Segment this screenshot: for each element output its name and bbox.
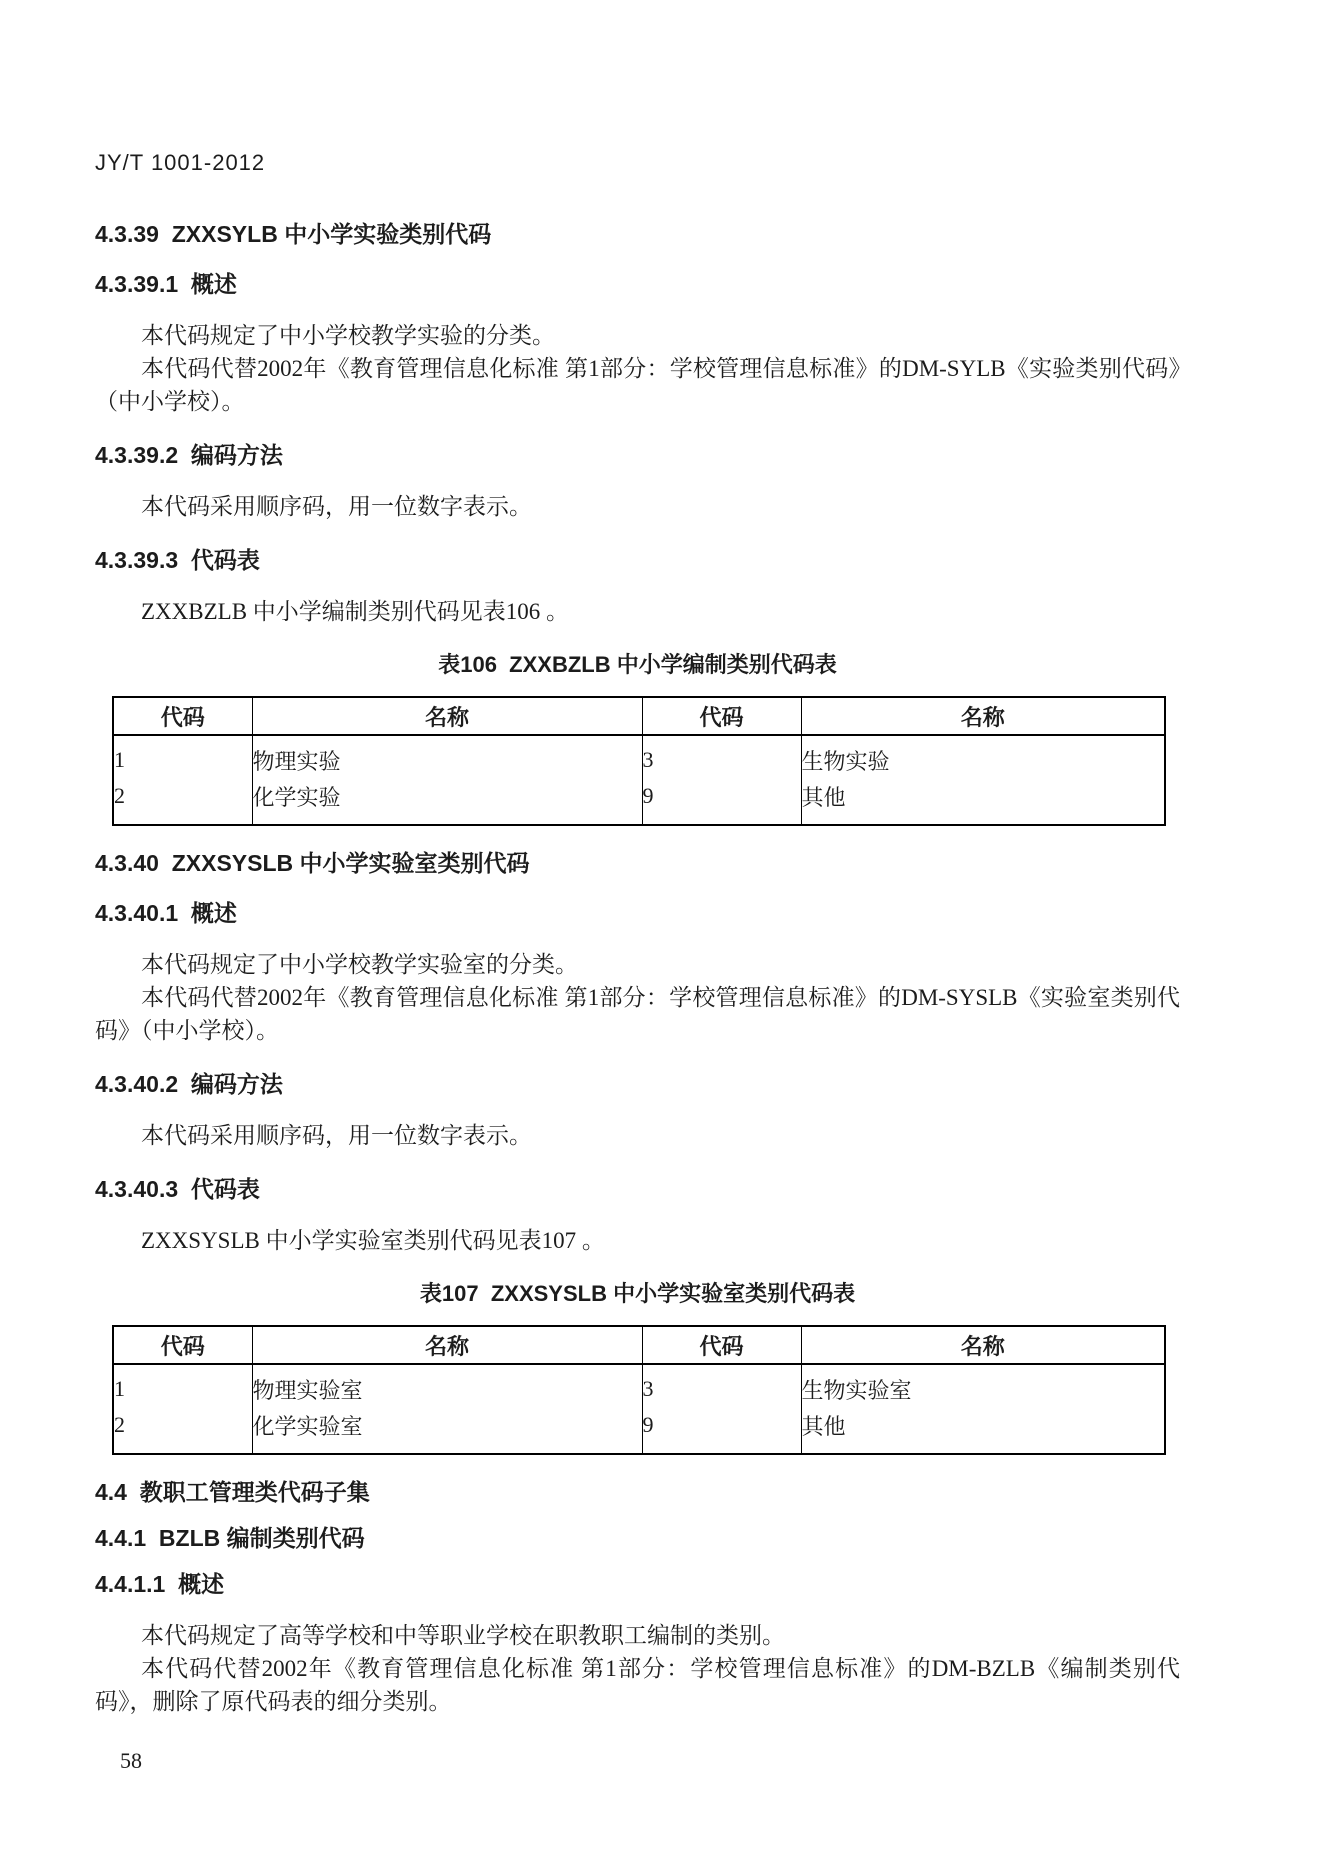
overview-paragraphs-4-3-39: 本代码规定了中小学校教学实验的分类。 本代码代替2002年《教育管理信息化标准 …	[95, 319, 1180, 418]
table-cell-code: 3	[642, 735, 801, 778]
table-header-cell: 名称	[801, 1326, 1165, 1364]
subsection-heading-4-4-1-1: 4.4.1.1 概述	[95, 1571, 1180, 1597]
table-cell-name: 生物实验	[801, 735, 1165, 778]
table-cell-name: 化学实验室	[252, 1407, 642, 1454]
table-cell-name: 其他	[801, 1407, 1165, 1454]
table-cell-code: 9	[642, 778, 801, 825]
replacement-paragraph: 本代码代替2002年《教育管理信息化标准 第1部分：学校管理信息标准》的DM-S…	[95, 352, 1180, 418]
table-header-cell: 名称	[252, 1326, 642, 1364]
coding-method-paragraphs-4-3-40: 本代码采用顺序码，用一位数字表示。	[95, 1119, 1180, 1152]
table-cell-name: 化学实验	[252, 778, 642, 825]
coding-method-paragraph: 本代码采用顺序码，用一位数字表示。	[95, 1119, 1180, 1152]
table-header-cell: 代码	[113, 697, 252, 735]
table-header-cell: 代码	[642, 697, 801, 735]
subsection-heading-4-3-39-2: 4.3.39.2 编码方法	[95, 442, 1180, 468]
table-header-cell: 代码	[642, 1326, 801, 1364]
table-row: 2 化学实验 9 其他	[113, 778, 1165, 825]
table-row: 1 物理实验 3 生物实验	[113, 735, 1165, 778]
code-table-107: 代码 名称 代码 名称 1 物理实验室 3 生物实验室 2 化学实验室 9 其他	[112, 1325, 1166, 1455]
table-header-row: 代码 名称 代码 名称	[113, 1326, 1165, 1364]
replacement-paragraph: 本代码代替2002年《教育管理信息化标准 第1部分：学校管理信息标准》的DM-B…	[95, 1652, 1180, 1718]
table-caption-107: 表107 ZXXSYSLB 中小学实验室类别代码表	[95, 1281, 1180, 1307]
table-cell-code: 3	[642, 1364, 801, 1407]
standard-number: JY/T 1001-2012	[95, 150, 1180, 176]
subsection-heading-4-3-40-2: 4.3.40.2 编码方法	[95, 1071, 1180, 1097]
code-table-ref-paragraph: ZXXSYSLB 中小学实验室类别代码见表107 。	[95, 1224, 1180, 1257]
table-header-cell: 名称	[252, 697, 642, 735]
overview-paragraph: 本代码规定了中小学校教学实验的分类。	[95, 319, 1180, 352]
subsection-heading-4-3-40-1: 4.3.40.1 概述	[95, 900, 1180, 926]
table-cell-name: 物理实验室	[252, 1364, 642, 1407]
table-header-row: 代码 名称 代码 名称	[113, 697, 1165, 735]
coding-method-paragraph: 本代码采用顺序码，用一位数字表示。	[95, 490, 1180, 523]
page-number: 58	[120, 1748, 1180, 1774]
overview-paragraph: 本代码规定了高等学校和中等职业学校在职教职工编制的类别。	[95, 1619, 1180, 1652]
code-table-106: 代码 名称 代码 名称 1 物理实验 3 生物实验 2 化学实验 9 其他	[112, 696, 1166, 826]
overview-paragraphs-4-3-40: 本代码规定了中小学校教学实验室的分类。 本代码代替2002年《教育管理信息化标准…	[95, 948, 1180, 1047]
subsection-heading-4-3-40-3: 4.3.40.3 代码表	[95, 1176, 1180, 1202]
section-heading-4-4: 4.4 教职工管理类代码子集	[95, 1479, 1180, 1505]
table-row: 1 物理实验室 3 生物实验室	[113, 1364, 1165, 1407]
overview-paragraph: 本代码规定了中小学校教学实验室的分类。	[95, 948, 1180, 981]
replacement-paragraph: 本代码代替2002年《教育管理信息化标准 第1部分：学校管理信息标准》的DM-S…	[95, 981, 1180, 1047]
code-table-ref-paragraphs-4-3-40: ZXXSYSLB 中小学实验室类别代码见表107 。	[95, 1224, 1180, 1257]
table-row: 2 化学实验室 9 其他	[113, 1407, 1165, 1454]
table-caption-106: 表106 ZXXBZLB 中小学编制类别代码表	[95, 652, 1180, 678]
subsection-heading-4-3-39-1: 4.3.39.1 概述	[95, 271, 1180, 297]
overview-paragraphs-4-4-1-1: 本代码规定了高等学校和中等职业学校在职教职工编制的类别。 本代码代替2002年《…	[95, 1619, 1180, 1718]
table-cell-code: 2	[113, 778, 252, 825]
table-cell-code: 1	[113, 1364, 252, 1407]
code-table-ref-paragraphs-4-3-39: ZXXBZLB 中小学编制类别代码见表106 。	[95, 595, 1180, 628]
table-cell-name: 其他	[801, 778, 1165, 825]
section-heading-4-3-40: 4.3.40 ZXXSYSLB 中小学实验室类别代码	[95, 850, 1180, 876]
table-header-cell: 代码	[113, 1326, 252, 1364]
coding-method-paragraphs-4-3-39: 本代码采用顺序码，用一位数字表示。	[95, 490, 1180, 523]
section-heading-4-4-1: 4.4.1 BZLB 编制类别代码	[95, 1525, 1180, 1551]
code-table-ref-paragraph: ZXXBZLB 中小学编制类别代码见表106 。	[95, 595, 1180, 628]
table-header-cell: 名称	[801, 697, 1165, 735]
document-content: JY/T 1001-2012 4.3.39 ZXXSYLB 中小学实验类别代码 …	[95, 150, 1180, 1774]
table-cell-name: 物理实验	[252, 735, 642, 778]
subsection-heading-4-3-39-3: 4.3.39.3 代码表	[95, 547, 1180, 573]
table-cell-code: 1	[113, 735, 252, 778]
table-cell-name: 生物实验室	[801, 1364, 1165, 1407]
section-heading-4-3-39: 4.3.39 ZXXSYLB 中小学实验类别代码	[95, 221, 1180, 247]
table-cell-code: 9	[642, 1407, 801, 1454]
table-cell-code: 2	[113, 1407, 252, 1454]
document-page: JY/T 1001-2012 4.3.39 ZXXSYLB 中小学实验类别代码 …	[0, 0, 1323, 1871]
